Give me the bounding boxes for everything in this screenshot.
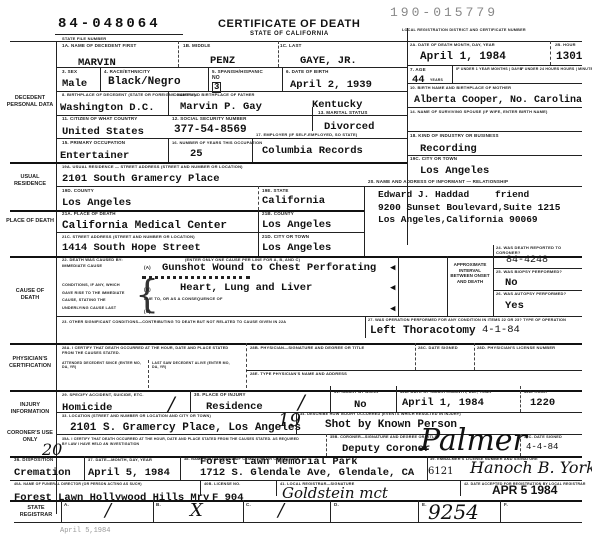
registrar-e-value: 9254	[428, 500, 479, 524]
label-phys-name: 28E. Type Physician's Name and Address	[250, 372, 347, 376]
divider	[364, 186, 365, 256]
label-funeral-director: 40A. Name of Funeral Director (or person…	[14, 483, 142, 487]
section-state-registrar: State Registrar	[14, 505, 58, 519]
label-phys-certify: 28A. I certify that death occurred at th…	[62, 346, 232, 357]
citizen-value: United States	[62, 127, 144, 138]
label-phys-date: 28C. Date Signed	[418, 346, 458, 350]
divider	[208, 67, 209, 91]
marital-value: Divorced	[324, 122, 374, 133]
label-license: 40B. License No.	[204, 483, 241, 487]
registrar-f: F.	[504, 503, 508, 508]
label-citizen: 11. Citizen of What Country	[62, 117, 137, 122]
label-spouse: 14. Name of Surviving Spouse (if wife, e…	[410, 110, 548, 114]
margin-mark: 19	[278, 410, 301, 431]
divider	[407, 83, 582, 84]
father-birthplace: Kentucky	[312, 100, 362, 111]
hour-of-death: 1301	[556, 52, 582, 63]
label-disposition: 36. Disposition	[14, 458, 54, 463]
label-coroner-date: 35C. Date Signed	[524, 436, 562, 440]
divider	[10, 41, 582, 42]
label-hispanic: 5. Spanish/Hispanic	[212, 70, 263, 75]
label-biopsy: 25. Was biopsy performed?	[496, 270, 562, 274]
divider	[312, 107, 313, 131]
date-accepted: APR 5 1984	[492, 483, 557, 497]
arrow-icon: ◀	[390, 263, 395, 273]
divider	[180, 456, 181, 480]
divider	[452, 65, 453, 83]
divider	[474, 343, 475, 370]
divider	[142, 276, 250, 279]
injury-location: 2101 S. Gramercy Place, Los Angeles	[70, 423, 301, 434]
cause-b: Heart, Lung and Liver	[180, 283, 312, 294]
dob-value: April 2, 1939	[290, 80, 372, 91]
place-county: Los Angeles	[262, 220, 331, 231]
biopsy-value: No	[505, 278, 518, 289]
label-dob: 6. Date of Birth	[286, 70, 329, 75]
local-number: 190-015779	[390, 5, 498, 20]
divider	[330, 500, 331, 522]
local-reg-label: Local Registration District and Certific…	[402, 29, 526, 33]
divider	[407, 107, 582, 108]
cause-b-marker: (B)	[144, 288, 151, 293]
embalmer-license: 6121	[428, 466, 453, 477]
divider	[84, 456, 85, 480]
divider	[326, 434, 327, 456]
injury-hour: 1220	[530, 398, 555, 409]
operation-date: 4-1-84	[482, 325, 520, 336]
cemetery-name: Forest Lawn Memorial Park	[200, 457, 358, 468]
label-operation: 27. Was operation performed for any cond…	[368, 318, 578, 323]
divider	[282, 67, 283, 91]
divider	[415, 343, 416, 370]
section-place-of-death: Place of Death	[6, 218, 54, 225]
label-under-24-hours: If under 24 hours Hours | Minutes	[520, 68, 592, 72]
label-interval: Approximate Interval Between Onset and D…	[449, 262, 491, 285]
label-coroner-certify: 35A. I certify that death occurred at th…	[62, 437, 302, 448]
label-place-street: 21C. Street Address (Street and Number o…	[62, 235, 195, 239]
label-years: 16. Number of Years This Occupation	[172, 141, 262, 145]
cemetery-address: 1712 S. Glendale Ave, Glendale, CA	[200, 468, 414, 479]
divider	[447, 256, 448, 316]
label-residence-city: 19C. City or Town	[410, 157, 457, 162]
divider	[200, 480, 201, 496]
divider	[190, 390, 191, 412]
label-date-of-death: 2A. Date of Death Month, Day, Year	[410, 43, 495, 47]
decedent-middle-name: PENZ	[210, 56, 235, 67]
registrar-d: D.	[334, 503, 339, 508]
coroner-date: 4-4-84	[526, 443, 558, 452]
arrow-icon: ◀	[390, 283, 395, 293]
injury-place: Residence	[206, 402, 263, 413]
label-manner: 29. Specify accident, suicide, etc.	[62, 393, 144, 397]
divider	[278, 41, 279, 67]
divider	[407, 65, 582, 66]
label-place: 21A. Place of Death	[62, 212, 116, 217]
race-value: Black/Negro	[108, 77, 181, 88]
divider	[56, 232, 364, 233]
industry-value: Recording	[420, 144, 477, 155]
label-under-1-year: If under 1 year Months | Days	[456, 68, 522, 72]
label-cause-header: 22. Death Was Caused By:	[62, 258, 123, 262]
divider	[153, 500, 154, 522]
section-decedent: Decedent Personal Data	[6, 95, 54, 109]
label-immediate: Immediate Cause	[62, 264, 102, 268]
divider	[365, 316, 366, 338]
place-of-death: California Medical Center	[62, 221, 227, 232]
label-phys-attended: Attended decedent since (enter mo, da, y…	[62, 362, 142, 369]
label-other-conditions: 23. Other Significant Conditions—Contrib…	[62, 320, 362, 325]
residence-city: Los Angeles	[420, 166, 489, 177]
divider	[418, 500, 419, 522]
state-file-number: 84-048064	[58, 16, 161, 32]
label-place-county: 21B. County	[262, 212, 294, 217]
hispanic-value: NO	[212, 76, 220, 81]
label-conditions: Conditions, if any, which gave rise to t…	[62, 282, 132, 312]
disposition-method: Cremation	[14, 468, 71, 479]
divider	[168, 138, 169, 162]
section-physician: Physician's Certification	[6, 356, 54, 370]
divider	[398, 256, 399, 316]
label-father: 9. Name and Birthplace of Father	[172, 93, 255, 97]
divider	[258, 210, 259, 256]
label-mother: 10. Birth Name and Birthplace of Mother	[410, 86, 511, 90]
bracket: {	[135, 275, 159, 313]
divider	[56, 138, 407, 139]
decedent-last-name: GAYE, JR.	[300, 56, 357, 67]
divider	[55, 34, 183, 35]
cause-c-marker: (C)	[144, 310, 151, 315]
divider	[100, 67, 101, 91]
coroner-title: Deputy Coroner	[342, 444, 430, 455]
label-industry: 18. Kind of Industry or Business	[410, 134, 499, 139]
date-of-death: April 1, 1984	[420, 52, 506, 63]
injury-date: April 1, 1984	[402, 398, 484, 409]
divider	[178, 41, 179, 67]
registrar-c: C.	[246, 503, 251, 508]
label-informant: 20. Name and Address of Informant — Rela…	[368, 180, 508, 185]
divider	[520, 434, 521, 456]
divider	[252, 138, 253, 162]
label-occupation: 15. Primary Occupation	[62, 141, 125, 146]
divider	[520, 386, 521, 412]
label-place-city: 21D. City or Town	[262, 235, 309, 240]
divider	[10, 480, 582, 481]
divider	[56, 186, 582, 187]
years-value: 25	[190, 149, 203, 160]
label-at-work: 31. Injury at work	[334, 390, 379, 394]
embalmer-signature: Hanoch B. Yorkshire	[470, 458, 592, 477]
label-middle: 1B. Middle	[183, 44, 211, 49]
place-street: 1414 South Hope Street	[62, 243, 201, 254]
label-age: 7. Age	[410, 68, 426, 73]
label-first: 1A. Name of Decedent First	[62, 44, 136, 49]
employer-value: Columbia Records	[262, 146, 363, 157]
divider	[296, 412, 297, 434]
father-name: Marvin P. Gay	[180, 102, 262, 113]
label-phys-license: 28D. Physician's License Number	[477, 346, 555, 350]
divider	[493, 245, 494, 316]
divider	[56, 316, 582, 317]
registrar-mark: /	[278, 500, 284, 521]
section-cause-of-death: Cause of Death	[6, 288, 54, 302]
residence-state: California	[262, 196, 325, 207]
label-phys-sig: 28B. Physician—Signature and Degree or T…	[250, 346, 364, 350]
label-hour: 2B. Hour	[555, 43, 576, 47]
divider	[396, 386, 397, 412]
divider	[330, 386, 331, 412]
divider	[276, 480, 277, 496]
label-race: 4. Race/Ethnicity	[104, 70, 150, 75]
divider	[500, 500, 501, 522]
autopsy-value: Yes	[505, 301, 524, 312]
section-injury: Injury Information	[6, 402, 54, 416]
label-employer: 17. Employer (if self-employed, so state…	[256, 133, 357, 137]
arrow-icon: ◀	[390, 304, 395, 314]
divider	[168, 91, 169, 115]
coroner-signature: Palmer	[420, 423, 527, 458]
divider	[460, 480, 461, 496]
label-how: 34. Describe how injury occurred (Events…	[300, 413, 461, 417]
cause-a-marker: (A)	[144, 266, 151, 271]
divider	[243, 500, 244, 522]
registrar-mark: X	[190, 500, 203, 521]
label-location: 33. Location (Street and Number or Locat…	[62, 415, 211, 419]
divider	[148, 360, 149, 388]
label-marital: 13. Marital Status	[318, 111, 368, 116]
cause-a: Gunshot Wound to Chest Perforating	[162, 263, 376, 274]
registrar-e: E.	[422, 503, 427, 508]
registrar-b: B.	[156, 503, 161, 508]
informant-relationship: friend	[495, 190, 529, 200]
disposition-date: April 5, 1984	[88, 468, 170, 479]
label-residence-street: 19A. Usual Residence — Street Address (S…	[62, 165, 243, 169]
sex-value: Male	[62, 79, 87, 90]
mother-value: Alberta Cooper, No. Carolina	[414, 96, 582, 106]
divider	[61, 500, 62, 522]
label-disposition-date: 37. Date—Month, Day, Year	[88, 458, 152, 462]
divider	[246, 343, 247, 388]
informant-name: Edward J. Haddad	[378, 190, 469, 200]
residence-county: Los Angeles	[62, 198, 131, 209]
certificate-subtitle: STATE OF CALIFORNIA	[250, 31, 329, 37]
label-phys-last-saw: Last saw decedent alive (enter mo, da, y…	[152, 362, 237, 369]
divider	[56, 67, 407, 68]
label-place-injury: 30. Place of Injury	[194, 393, 246, 398]
label-injury-date: 32A. Date of Injury—Month, Day, Year	[400, 390, 491, 394]
place-city: Los Angeles	[262, 243, 331, 254]
coroner-reported-value: 84-4248	[506, 256, 548, 266]
label-due-to: Due to, or as a consequence of	[144, 297, 223, 301]
certificate-title: CERTIFICATE OF DEATH	[218, 18, 360, 30]
label-autopsy: 26. Was autopsy performed?	[496, 292, 566, 296]
informant-address-1: 9200 Sunset Boulevard,Suite 1215	[378, 203, 560, 213]
operation-value: Left Thoracotomy	[370, 326, 476, 337]
label-ssn: 12. Social Security Number	[172, 117, 247, 122]
faint-footer-text: April 5,1984	[60, 527, 110, 535]
divider	[407, 131, 582, 132]
registrar-a: A.	[64, 503, 69, 508]
ssn-value: 377-54-8569	[174, 125, 247, 136]
registrar-mark: /	[105, 500, 111, 521]
label-last: 1C. Last	[280, 44, 302, 49]
divider	[14, 522, 582, 523]
label-injury-hour: 32B. Hour	[524, 390, 547, 394]
label-sex: 3. Sex	[62, 70, 77, 75]
residence-street: 2101 South Gramercy Place	[62, 174, 220, 185]
label-residence-county: 19D. County	[62, 189, 94, 194]
at-work-value: No	[354, 400, 367, 411]
informant-address-2: Los Angeles,California 90069	[378, 215, 538, 225]
birthplace-value: Washington D.C.	[60, 103, 155, 114]
section-usual-residence: Usual Residence	[6, 174, 54, 188]
divider	[550, 41, 551, 65]
label-residence-state: 19E. State	[262, 189, 289, 194]
occupation-value: Entertainer	[60, 151, 129, 162]
divider	[10, 500, 582, 502]
age-unit: YEARS	[430, 79, 443, 83]
divider	[258, 186, 259, 210]
